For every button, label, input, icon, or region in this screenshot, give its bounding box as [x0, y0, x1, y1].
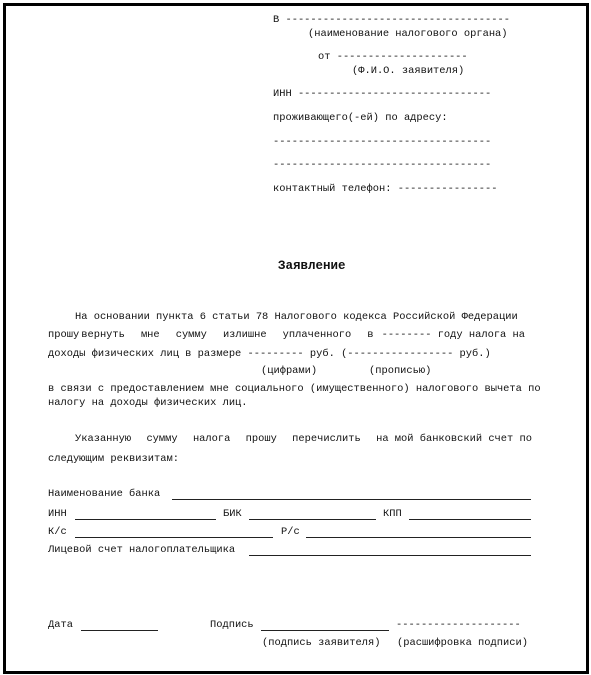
- kpp-label: КПП: [383, 508, 402, 520]
- word: вернуть: [81, 329, 125, 341]
- header-inn-field: ИНН -------------------------------: [273, 88, 491, 100]
- word: на мой банковский счет по: [376, 433, 532, 445]
- bank-inn-input[interactable]: [75, 519, 216, 520]
- applicant-caption: (Ф.И.О. заявителя): [352, 65, 464, 77]
- rs-label: Р/с: [281, 526, 300, 538]
- address-line-2: -----------------------------------: [273, 159, 491, 171]
- caption-digits: (цифрами): [261, 365, 317, 377]
- bank-name-label: Наименование банка: [48, 488, 160, 500]
- signature-label: Подпись: [210, 619, 254, 631]
- bank-name-input[interactable]: [172, 499, 531, 500]
- applicant-field: от ---------------------: [318, 51, 468, 63]
- signature-decode-field: --------------------: [396, 619, 521, 631]
- word: сумму: [146, 433, 177, 445]
- body-line-7: следующим реквизитам:: [48, 453, 179, 465]
- signature-caption: (подпись заявителя): [262, 637, 380, 649]
- recipient-caption: (наименование налогового органа): [308, 28, 508, 40]
- date-label: Дата: [48, 619, 73, 631]
- body-line-1: На основании пункта 6 статьи 78 Налогово…: [75, 311, 518, 323]
- document-title: Заявление: [278, 259, 346, 273]
- body-line-2: прошу вернуть мне сумму излишне уплаченн…: [48, 329, 525, 341]
- caption-words: (прописью): [369, 365, 431, 377]
- word: -------- году налога на: [382, 329, 525, 341]
- word: перечислить: [292, 433, 361, 445]
- body-line-4: в связи с предоставлением мне социальног…: [48, 383, 541, 395]
- ks-label: К/с: [48, 526, 67, 538]
- account-label: Лицевой счет налогоплательщика: [48, 544, 235, 556]
- date-input[interactable]: [81, 630, 158, 631]
- body-line-5: налогу на доходы физических лиц.: [48, 397, 248, 409]
- word: излишне: [223, 329, 267, 341]
- body-line-6: Указанную сумму налога прошу перечислить…: [75, 433, 532, 445]
- account-input[interactable]: [249, 555, 531, 556]
- address-label: проживающего(-ей) по адресу:: [273, 112, 448, 124]
- word: Указанную: [75, 433, 131, 445]
- signature-input[interactable]: [261, 630, 389, 631]
- address-line-1: -----------------------------------: [273, 136, 491, 148]
- word: мне: [141, 329, 160, 341]
- decode-caption: (расшифровка подписи): [397, 637, 528, 649]
- bik-label: БИК: [223, 508, 242, 520]
- recipient-field: В ------------------------------------: [273, 14, 510, 26]
- kpp-input[interactable]: [409, 519, 531, 520]
- word: уплаченного: [283, 329, 352, 341]
- word: прошу: [246, 433, 277, 445]
- phone-field: контактный телефон: ----------------: [273, 183, 497, 195]
- word: налога: [193, 433, 230, 445]
- rs-input[interactable]: [306, 537, 531, 538]
- word: прошу: [48, 329, 79, 341]
- word: в: [367, 329, 373, 341]
- body-line-3: доходы физических лиц в размере --------…: [48, 348, 491, 360]
- bik-input[interactable]: [249, 519, 376, 520]
- ks-input[interactable]: [75, 537, 273, 538]
- word: сумму: [176, 329, 207, 341]
- bank-inn-label: ИНН: [48, 508, 67, 520]
